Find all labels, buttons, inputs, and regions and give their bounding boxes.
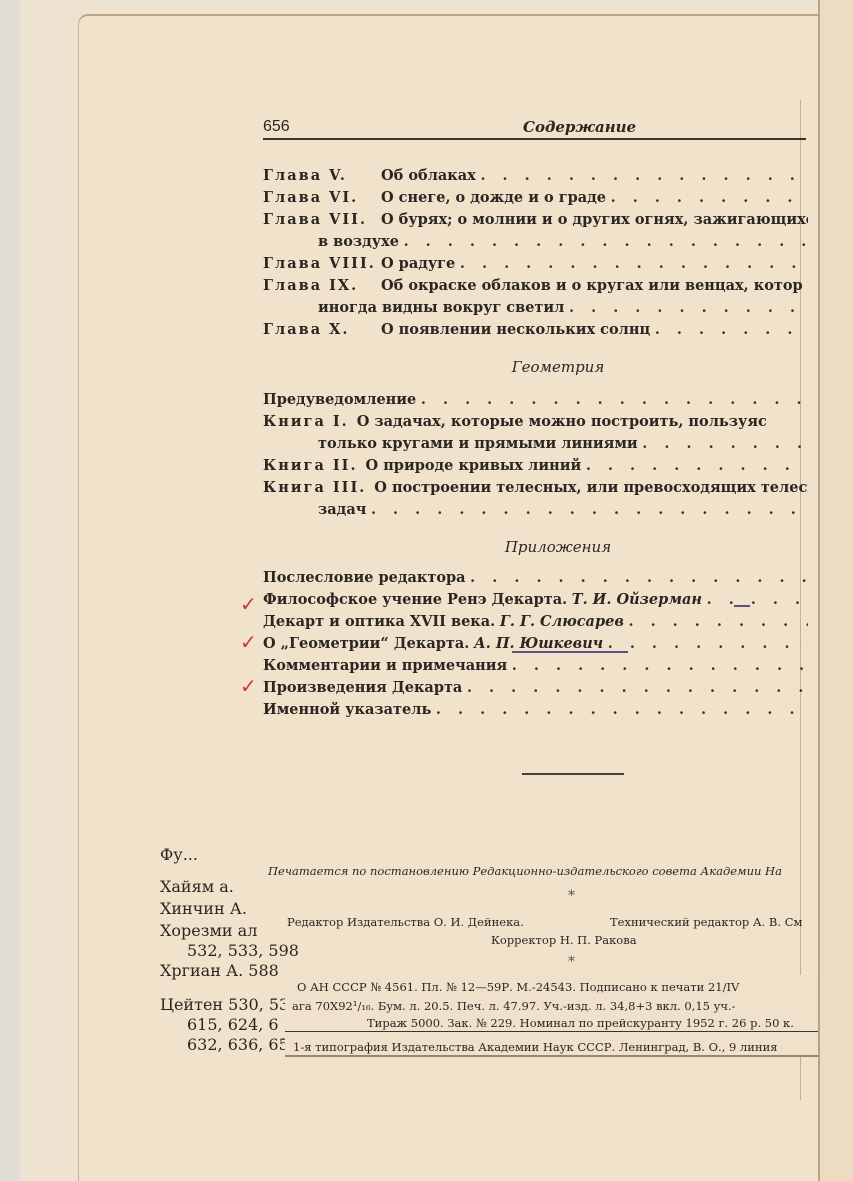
pen-mark <box>734 605 750 607</box>
toc-row: Именной указатель . . . . . . . . . . . … <box>263 699 808 721</box>
toc-row: Книга I.О задачах, которые можно построи… <box>263 411 808 433</box>
red-checkmark-icon: ✓ <box>240 592 257 616</box>
toc-row: Философское учение Ренэ Декарта. Т. И. О… <box>263 589 808 611</box>
index-entry: Хинчин А. <box>160 899 247 918</box>
toc-row: в воздухе . . . . . . . . . . . . . . . … <box>263 231 808 253</box>
section-heading-geometry: Геометрия <box>263 358 808 376</box>
toc-row: Комментарии и примечания . . . . . . . .… <box>263 655 808 677</box>
toc-row: Глава X.О появлении нескольких солнц . .… <box>263 319 808 341</box>
imprint-line-2: ага 70Х92¹/₁₆. Бум. л. 20.5. Печ. л. 47.… <box>292 999 736 1013</box>
toc-row: Глава VII.О бурях; о молнии и о других о… <box>263 209 808 231</box>
right-page-edge <box>818 0 853 1181</box>
index-entry: Хргиан А. 588 <box>160 961 279 980</box>
toc-row: Глава V.Об облаках . . . . . . . . . . .… <box>263 165 808 187</box>
toc-row: Послесловие редактора . . . . . . . . . … <box>263 567 808 589</box>
star-divider: * <box>568 954 575 970</box>
toc-row: Декарт и оптика XVII века. Г. Г. Слюсаре… <box>263 611 808 633</box>
running-header: 656 Содержание <box>263 116 806 140</box>
toc-row: только кругами и прямыми линиями . . . .… <box>263 433 808 455</box>
toc-chapters: Глава V.Об облаках . . . . . . . . . . .… <box>263 165 808 341</box>
toc-row: Книга III.О построении телесных, или пре… <box>263 477 808 499</box>
toc-row: Глава VI.О снеге, о дожде и о граде . . … <box>263 187 808 209</box>
toc-row: иногда видны вокруг светил . . . . . . .… <box>263 297 808 319</box>
index-entry: Хорезми ал <box>160 921 257 940</box>
star-divider: * <box>568 888 575 904</box>
red-checkmark-icon: ✓ <box>240 630 257 654</box>
toc-row: Глава VIII.О радуге . . . . . . . . . . … <box>263 253 808 275</box>
index-entry: 615, 624, 6 <box>187 1015 279 1034</box>
imprint-corrector: Корректор Н. П. Ракова <box>491 933 637 947</box>
index-entry: 632, 636, 65 <box>187 1035 289 1054</box>
index-entry: 532, 533, 598 <box>187 941 299 960</box>
section-heading-appendices: Приложения <box>263 538 808 556</box>
imprint-decree: Печатается по постановлению Редакционно-… <box>268 864 782 878</box>
toc-appendices: Послесловие редактора . . . . . . . . . … <box>263 567 808 721</box>
index-entry: Хайям а. <box>160 877 234 896</box>
imprint-tech-editor: Технический редактор А. В. См <box>610 915 802 929</box>
index-entry: Цейтен 530, 532 <box>160 995 299 1014</box>
index-entry: Фу... <box>160 845 198 864</box>
page-number: 656 <box>263 118 290 136</box>
imprint-printer: 1-я типография Издательства Академии Нау… <box>293 1040 778 1054</box>
red-checkmark-icon: ✓ <box>240 674 257 698</box>
toc-row: Книга II.О природе кривых линий . . . . … <box>263 455 808 477</box>
imprint-editor: Редактор Издательства О. И. Дейнека. <box>287 915 524 929</box>
divider-rule <box>522 773 624 775</box>
underlying-page-edge <box>0 0 20 1181</box>
imprint-rule <box>285 1031 818 1032</box>
pen-underline <box>512 651 628 653</box>
toc-geometry: Предуведомление . . . . . . . . . . . . … <box>263 389 808 521</box>
toc-row: Предуведомление . . . . . . . . . . . . … <box>263 389 808 411</box>
toc-row: задач . . . . . . . . . . . . . . . . . … <box>263 499 808 521</box>
running-title: Содержание <box>523 118 636 136</box>
imprint-line-3: Тираж 5000. Зак. № 229. Номинал по прейс… <box>367 1016 794 1030</box>
toc-row: Глава IX.Об окраске облаков и о кругах и… <box>263 275 808 297</box>
toc-row: Произведения Декарта . . . . . . . . . .… <box>263 677 808 699</box>
imprint-line-1: О АН СССР № 4561. Пл. № 12—59Р. М.-24543… <box>297 980 739 994</box>
